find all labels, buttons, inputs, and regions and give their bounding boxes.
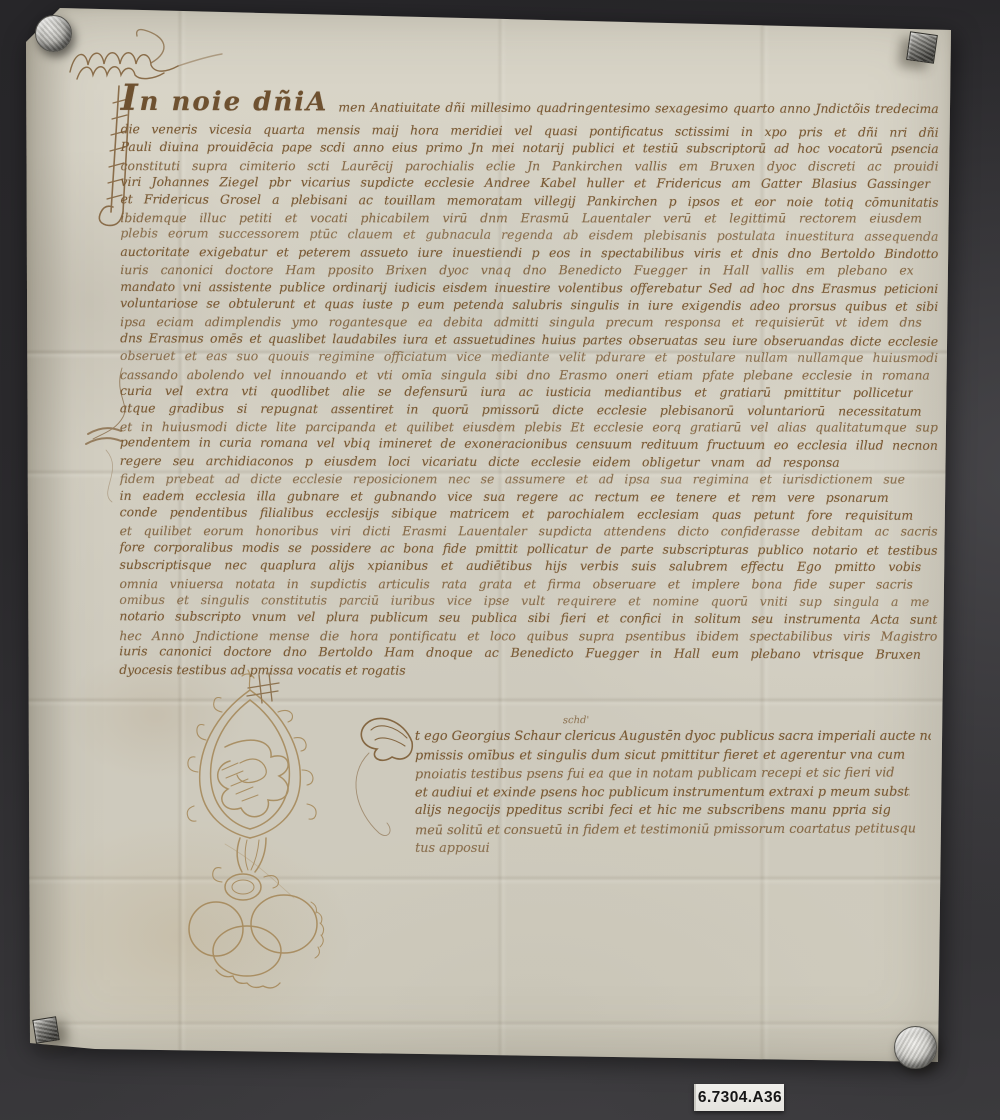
- photo-background: In noie dñiA men Anatiuitate dñi millesi…: [0, 0, 1000, 1120]
- manuscript-line: constituti supra cimiterio scti Laurēcij…: [121, 157, 939, 175]
- manuscript-line: auctoritate exigebatur et peterem assuet…: [120, 243, 938, 263]
- round-pin-top-left-icon: [35, 15, 72, 52]
- square-pin-top-right-icon: [906, 31, 938, 64]
- subscription-line: t ego Georgius Schaur clericus Augustēn …: [415, 728, 931, 747]
- subscription-line: alijs negocijs ppeditus scribi feci et h…: [415, 802, 890, 821]
- manuscript-heading: In noie dñiA men Anatiuitate dñi millesi…: [121, 79, 939, 121]
- manuscript-line: Pauli diuina prouidēcia pape scdi anno e…: [121, 138, 939, 158]
- heading-initial-words: In noie dñiA: [121, 77, 329, 120]
- manuscript-line: cassando abolendo vel innouando et vti o…: [120, 366, 930, 384]
- manuscript-line: ipsa eciam adimplendis ymo rogantesque e…: [120, 314, 922, 332]
- manuscript-line: conde pendentibus filialibus ecclesijs s…: [120, 503, 914, 524]
- heading-continuation: men Anatiuitate dñi millesimo quadringen…: [328, 99, 938, 121]
- manuscript-line: regere seu archidiaconos p eiusdem loci …: [120, 452, 840, 471]
- manuscript-line: voluntariose se obtulerunt et quas iuste…: [120, 294, 938, 315]
- manuscript-line: curia vel extra vti quodlibet alie se de…: [120, 382, 913, 401]
- manuscript-line: notario subscripto vnum vel plura public…: [119, 608, 937, 629]
- manuscript-line: et quilibet eorum honoribus viri dicti E…: [120, 522, 938, 540]
- manuscript-line: et Fridericus Grosel a plebisani ac toui…: [120, 190, 938, 211]
- interlinear-insertion: schd': [563, 715, 589, 726]
- shelfmark-label: 6.7304.A36: [694, 1084, 784, 1111]
- subscription-line: pnoiatis testibus psens fui ea que in no…: [415, 765, 895, 785]
- manuscript-body-lines: die veneris vicesia quarta mensis maij h…: [119, 121, 938, 680]
- manuscript-line: viri Johannes Ziegel pbr vicarius supdic…: [120, 173, 930, 193]
- manuscript-line: obseruet et eas suo quouis regimine offi…: [120, 347, 938, 367]
- notary-sign-drawing-icon: [187, 670, 323, 988]
- manuscript-line: iuris canonici doctore Ham pposito Brixe…: [120, 261, 913, 279]
- subscription-line: pmissis omībus et singulis dum sicut pmi…: [415, 746, 905, 765]
- pen-knot-flourish-icon: [70, 30, 222, 79]
- square-pin-bottom-left-icon: [32, 1016, 59, 1043]
- notary-subscription-block: schd' t ego Georgius Schaur clericus Aug…: [415, 728, 931, 859]
- manuscript-line: fidem prebeat ad dicte ecclesie reposici…: [120, 470, 905, 488]
- manuscript-line: fore corporalibus modis se possidere ac …: [120, 538, 938, 559]
- subscription-initial-flourish-icon: [356, 718, 412, 835]
- subscription-line: et audiui et exinde psens hoc publicum i…: [415, 783, 910, 802]
- subscription-line: tus apposui: [415, 840, 931, 859]
- parchment-surface: In noie dñiA men Anatiuitate dñi millesi…: [26, 6, 952, 1064]
- manuscript-line: subscriptisque nec quaplura alijs xpiani…: [119, 556, 921, 576]
- manuscript-line: die veneris vicesia quarta mensis maij h…: [121, 120, 939, 141]
- manuscript-line: dyocesis testibus ad pmissa vocatis et r…: [119, 661, 937, 681]
- parchment-sheet: In noie dñiA men Anatiuitate dñi millesi…: [26, 6, 952, 1064]
- manuscript-line: atque gradibus si repugnat assentiret in…: [120, 399, 922, 420]
- shelfmark-text: 6.7304.A36: [698, 1089, 782, 1107]
- round-pin-bottom-right-icon: [894, 1026, 937, 1069]
- manuscript-text-block: In noie dñiA men Anatiuitate dñi millesi…: [119, 79, 939, 680]
- subscription-line: meū solitū et consuetū in fidem et testi…: [415, 820, 916, 841]
- manuscript-line: omnia vniuersa notata in supdictis artic…: [119, 575, 912, 593]
- subscription-lines: t ego Georgius Schaur clericus Augustēn …: [415, 728, 931, 859]
